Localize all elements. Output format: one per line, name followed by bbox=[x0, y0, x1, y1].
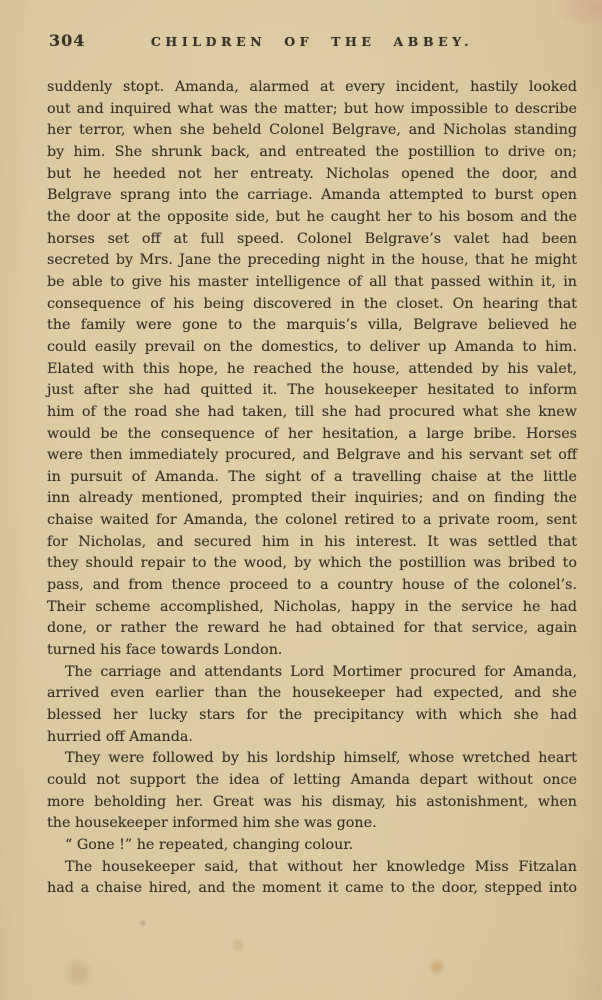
text-line: be able to give his master intelligence … bbox=[47, 272, 577, 294]
text-line: out and inquired what was the matter; bu… bbox=[47, 99, 577, 121]
text-line: They were followed by his lordship himse… bbox=[47, 748, 577, 770]
text-line: Belgrave sprang into the carriage. Amand… bbox=[47, 185, 577, 207]
text-line: secreted by Mrs. Jane the preceding nigh… bbox=[47, 250, 577, 272]
text-line: could not support the idea of letting Am… bbox=[47, 770, 577, 792]
book-page: 304 CHILDREN OF THE ABBEY. suddenly stop… bbox=[0, 0, 602, 1000]
text-line: chaise waited for Amanda, the colonel re… bbox=[47, 510, 577, 532]
text-line: “ Gone !” he repeated, changing colour. bbox=[47, 835, 577, 857]
text-line: him of the road she had taken, till she … bbox=[47, 402, 577, 424]
text-line: had a chaise hired, and the moment it ca… bbox=[47, 878, 577, 900]
text-line: Their scheme accomplished, Nicholas, hap… bbox=[47, 597, 577, 619]
text-line: the family were gone to the marquis’s vi… bbox=[47, 315, 577, 337]
text-line: in pursuit of Amanda. The sight of a tra… bbox=[47, 467, 577, 489]
text-line: they should repair to the wood, by which… bbox=[47, 553, 577, 575]
text-line: her terror, when she beheld Colonel Belg… bbox=[47, 120, 577, 142]
text-line: horses set off at full speed. Colonel Be… bbox=[47, 229, 577, 251]
page-number: 304 bbox=[49, 31, 85, 50]
text-line: but he heeded not her entreaty. Nicholas… bbox=[47, 164, 577, 186]
text-line: hurried off Amanda. bbox=[47, 727, 577, 749]
text-line: Elated with this hope, he reached the ho… bbox=[47, 359, 577, 381]
text-line: for Nicholas, and secured him in his int… bbox=[47, 532, 577, 554]
text-line: The carriage and attendants Lord Mortime… bbox=[47, 662, 577, 684]
text-line: blessed her lucky stars for the precipit… bbox=[47, 705, 577, 727]
text-line: arrived even earlier than the housekeepe… bbox=[47, 683, 577, 705]
text-line: The housekeeper said, that without her k… bbox=[47, 857, 577, 879]
text-line: just after she had quitted it. The house… bbox=[47, 380, 577, 402]
paragraph: suddenly stopt. Amanda, alarmed at every… bbox=[47, 77, 577, 662]
text-line: the housekeeper informed him she was gon… bbox=[47, 813, 577, 835]
text-line: by him. She shrunk back, and entreated t… bbox=[47, 142, 577, 164]
text-line: the door at the opposite side, but he ca… bbox=[47, 207, 577, 229]
running-title: CHILDREN OF THE ABBEY. bbox=[47, 30, 577, 49]
body-text: suddenly stopt. Amanda, alarmed at every… bbox=[47, 77, 577, 900]
text-line: suddenly stopt. Amanda, alarmed at every… bbox=[47, 77, 577, 99]
page-header: 304 CHILDREN OF THE ABBEY. bbox=[47, 30, 577, 54]
paragraph: “ Gone !” he repeated, changing colour. bbox=[47, 835, 577, 857]
text-line: consequence of his being discovered in t… bbox=[47, 294, 577, 316]
text-line: inn already mentioned, prompted their in… bbox=[47, 488, 577, 510]
text-line: could easily prevail on the domestics, t… bbox=[47, 337, 577, 359]
text-line: turned his face towards London. bbox=[47, 640, 577, 662]
paragraph: They were followed by his lordship himse… bbox=[47, 748, 577, 835]
text-line: would be the consequence of her hesitati… bbox=[47, 424, 577, 446]
text-line: pass, and from thence proceed to a count… bbox=[47, 575, 577, 597]
text-line: more beholding her. Great was his dismay… bbox=[47, 792, 577, 814]
paragraph: The carriage and attendants Lord Mortime… bbox=[47, 662, 577, 749]
text-line: were then immediately procured, and Belg… bbox=[47, 445, 577, 467]
paragraph: The housekeeper said, that without her k… bbox=[47, 857, 577, 900]
text-line: done, or rather the reward he had obtain… bbox=[47, 618, 577, 640]
